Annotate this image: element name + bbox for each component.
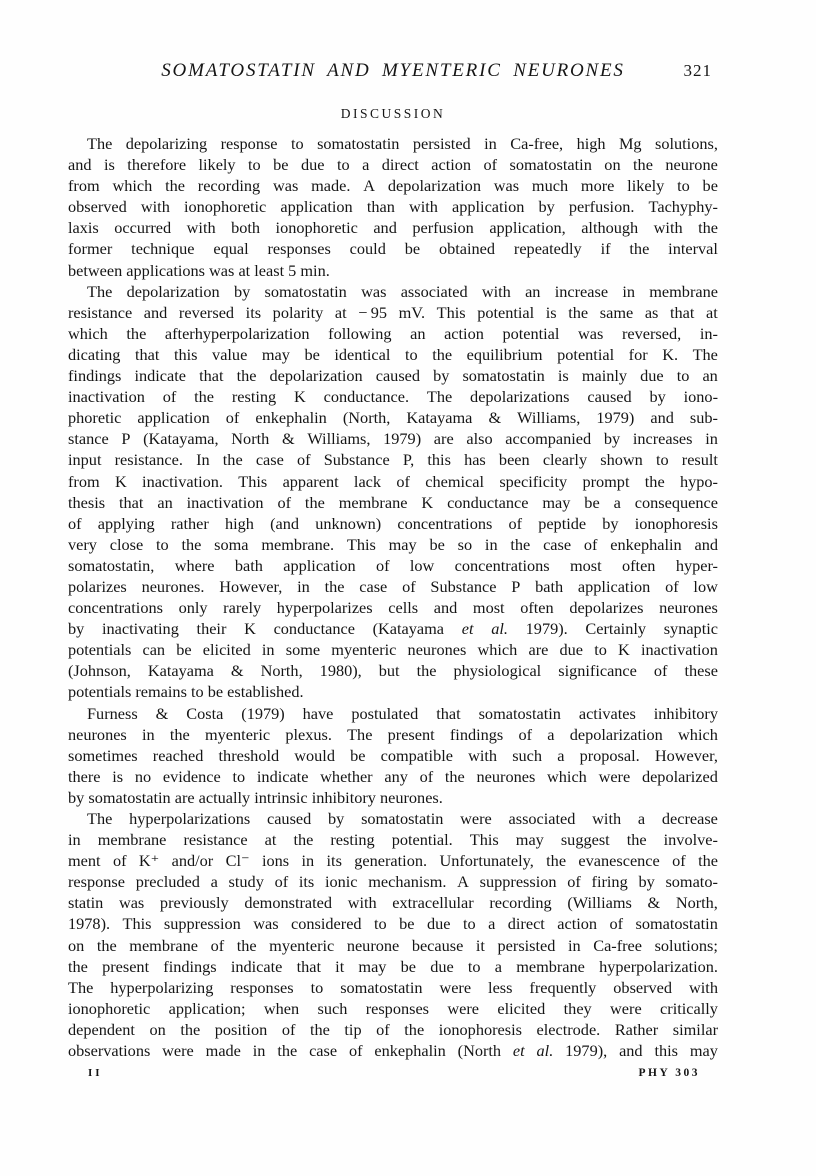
text-line: inactivationoftherestingKconductance.The… [68,386,718,407]
paragraph: Thedepolarizationbysomatostatinwasassoci… [68,281,718,703]
text-line: Furness&Costa(1979)havepostulatedthatsom… [68,703,718,724]
text-line: by somatostatin are actually intrinsic i… [68,787,718,808]
text-line: inmembraneresistanceattherestingpotentia… [68,829,718,850]
text-line: veryclosetothesomamembrane.Thismaybesoin… [68,534,718,555]
text-line: mentofK⁺and/orCl⁻ionsinitsgeneration.Unf… [68,850,718,871]
text-line: (Johnson,Katayama&North,1980),butthephys… [68,660,718,681]
text-line: somatostatin,wherebathapplicationoflowco… [68,555,718,576]
running-title: SOMATOSTATIN AND MYENTERIC NEURONES [68,60,718,82]
text-line: responseprecludedastudyofitsionicmechani… [68,871,718,892]
text-line: resistanceandreverseditspolarityat− 95mV… [68,302,718,323]
text-line: byinactivatingtheirKconductance(Katayama… [68,618,718,639]
text-line: onthemembraneofthemyentericneuronebecaus… [68,935,718,956]
journal-page: SOMATOSTATIN AND MYENTERIC NEURONES 321 … [0,0,816,1176]
page-header: SOMATOSTATIN AND MYENTERIC NEURONES 321 [68,60,718,88]
text-line: 1978).Thissuppressionwasconsideredtobedu… [68,913,718,934]
text-line: dicatingthatthisvaluemaybeidenticaltothe… [68,344,718,365]
text-line: phoreticapplicationofenkephalin(North,Ka… [68,407,718,428]
footer-journal-mark: PHY 303 [639,1067,700,1079]
text-line: concentrationsonlyrarelyhyperpolarizesce… [68,597,718,618]
text-line: statinwaspreviouslydemonstratedwithextra… [68,892,718,913]
page-number: 321 [684,61,713,81]
text-line: formertechniqueequalresponsescouldbeobta… [68,238,718,259]
text-line: observedwithionophoreticapplicationthanw… [68,196,718,217]
text-line: between applications was at least 5 min. [68,260,718,281]
text-line: inputresistance.InthecaseofSubstanceP,th… [68,449,718,470]
text-line: fromwhichtherecordingwasmade.Adepolariza… [68,175,718,196]
text-line: sometimesreachedthresholdwouldbecompatib… [68,745,718,766]
body-text: Thedepolarizingresponsetosomatostatinper… [68,133,718,1061]
text-line: potentials remains to be established. [68,681,718,702]
section-heading: DISCUSSION [68,106,718,122]
text-line: whichtheafterhyperpolarizationfollowinga… [68,323,718,344]
text-line: findingsindicatethatthedepolarizationcau… [68,365,718,386]
text-line: potentialscanbeelicitedinsomemyentericne… [68,639,718,660]
paragraph: Thedepolarizingresponsetosomatostatinper… [68,133,718,281]
paragraph: Furness&Costa(1979)havepostulatedthatsom… [68,703,718,808]
text-line: Thehyperpolarizingresponsestosomatostati… [68,977,718,998]
text-line: thepresentfindingsindicatethatitmaybedue… [68,956,718,977]
text-line: neuronesinthemyentericplexus.Thepresentf… [68,724,718,745]
text-line: dependentonthepositionofthetipoftheionop… [68,1019,718,1040]
text-line: Thehyperpolarizationscausedbysomatostati… [68,808,718,829]
text-line: thesisthataninactivationofthemembraneKco… [68,492,718,513]
text-line: Thedepolarizationbysomatostatinwasassoci… [68,281,718,302]
text-line: fromKinactivation.Thisapparentlackofchem… [68,471,718,492]
text-line: ofapplyingratherhigh(andunknown)concentr… [68,513,718,534]
text-line: andisthereforelikelytobeduetoadirectacti… [68,154,718,175]
text-line: thereisnoevidencetoindicatewhetheranyoft… [68,766,718,787]
text-line: stanceP(Katayama,North&Williams,1979)are… [68,428,718,449]
paragraph: Thehyperpolarizationscausedbysomatostati… [68,808,718,1061]
text-line: observationsweremadeinthecaseofenkephali… [68,1040,718,1061]
footer-signature-mark: II [88,1067,103,1079]
text-line: polarizesneurones.However,inthecaseofSub… [68,576,718,597]
text-line: laxisoccurredwithbothionophoreticandperf… [68,217,718,238]
text-line: Thedepolarizingresponsetosomatostatinper… [68,133,718,154]
text-line: ionophoreticapplication;whensuchresponse… [68,998,718,1019]
